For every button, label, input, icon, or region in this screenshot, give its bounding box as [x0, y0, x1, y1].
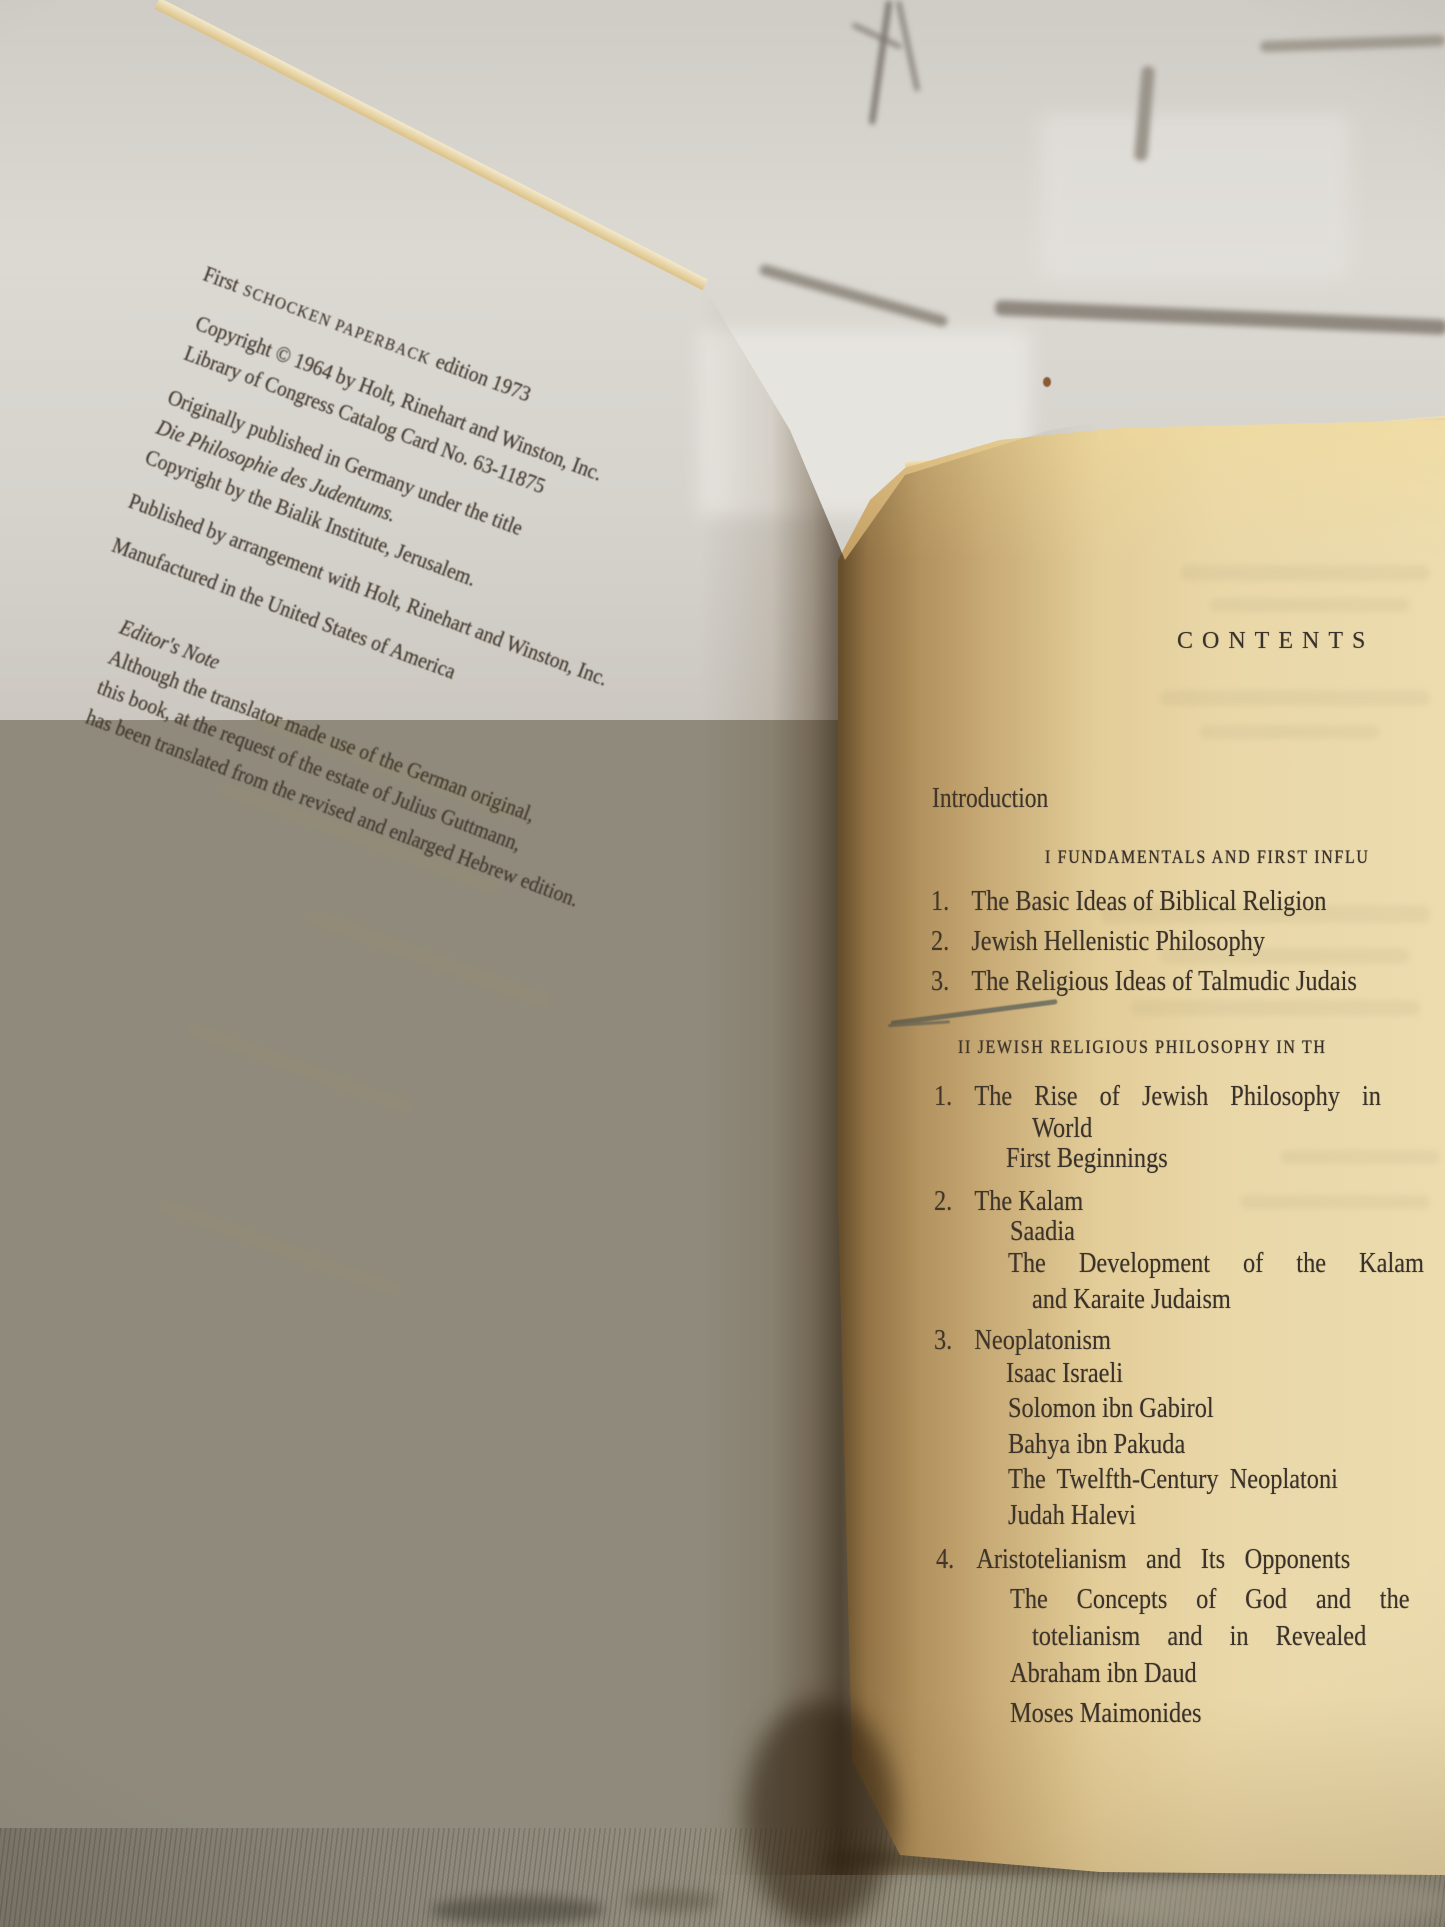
toc-entry: 3.Neoplatonism: [934, 1324, 1111, 1357]
toc-subentry: Isaac Israeli: [1006, 1357, 1123, 1390]
pencil-underline-mark: [890, 999, 1057, 1026]
toc-entry: 2.The Kalam: [934, 1185, 1083, 1218]
toc-entry-title: Neoplatonism: [974, 1324, 1111, 1356]
toc-entry-title: The Religious Ideas of Talmudic Judais: [971, 965, 1357, 997]
spine-bottom-shadow: [745, 1700, 895, 1927]
toc-subentry: Saadia: [1010, 1215, 1075, 1248]
toc-part1-heading: I FUNDAMENTALS AND FIRST INFLU: [1045, 847, 1370, 869]
toc-subentry: Moses Maimonides: [1010, 1697, 1201, 1730]
toc-entry-number: 1.: [931, 885, 971, 918]
toc-subentry: and Karaite Judaism: [1032, 1283, 1231, 1316]
open-book-photo: FirstSCHOCKEN PAPERBACKedition 1973 Copy…: [0, 0, 1445, 1927]
toc-entry-number: 4.: [936, 1543, 976, 1576]
toc-subentry: World: [1032, 1112, 1092, 1145]
toc-entry-title: Aristotelianism and Its Opponents: [976, 1543, 1350, 1575]
toc-entry-title: Jewish Hellenistic Philosophy: [971, 925, 1265, 957]
contents-title: CONTENTS: [1177, 628, 1374, 655]
toc-entry-title: The Basic Ideas of Biblical Religion: [971, 885, 1326, 917]
toc-subentry: Solomon ibn Gabirol: [1008, 1392, 1214, 1425]
contents-page-text: CONTENTS Introduction I FUNDAMENTALS AND…: [0, 0, 1445, 1927]
toc-entry-title: The Rise of Jewish Philosophy in: [974, 1080, 1381, 1112]
toc-entry-number: 2.: [934, 1185, 974, 1218]
toc-entry: 4.Aristotelianism and Its Opponents: [936, 1543, 1350, 1576]
toc-entry-number: 1.: [934, 1080, 974, 1113]
toc-subentry: Judah Halevi: [1008, 1499, 1136, 1532]
toc-entry-number: 3.: [931, 965, 971, 998]
toc-entry: 2.Jewish Hellenistic Philosophy: [931, 925, 1265, 958]
toc-subentry: The Twelfth-Century Neoplatoni: [1008, 1463, 1338, 1496]
toc-subentry: The Concepts of God and the: [1010, 1583, 1410, 1616]
toc-entry: 1.The Rise of Jewish Philosophy in: [934, 1080, 1381, 1113]
toc-subentry: Bahya ibn Pakuda: [1008, 1428, 1185, 1461]
toc-subentry: Abraham ibn Daud: [1010, 1657, 1197, 1690]
toc-introduction: Introduction: [932, 783, 1048, 815]
toc-entry: 3.The Religious Ideas of Talmudic Judais: [931, 965, 1357, 998]
toc-subentry: The Development of the Kalam: [1008, 1247, 1424, 1280]
toc-subentry: totelianism and in Revealed: [1032, 1620, 1366, 1653]
toc-entry-number: 2.: [931, 925, 971, 958]
toc-entry-number: 3.: [934, 1324, 974, 1357]
toc-subentry: First Beginnings: [1006, 1142, 1168, 1175]
toc-part2-heading: II JEWISH RELIGIOUS PHILOSOPHY IN TH: [958, 1037, 1327, 1059]
toc-entry: 1.The Basic Ideas of Biblical Religion: [931, 885, 1326, 918]
toc-entry-title: The Kalam: [974, 1185, 1083, 1217]
